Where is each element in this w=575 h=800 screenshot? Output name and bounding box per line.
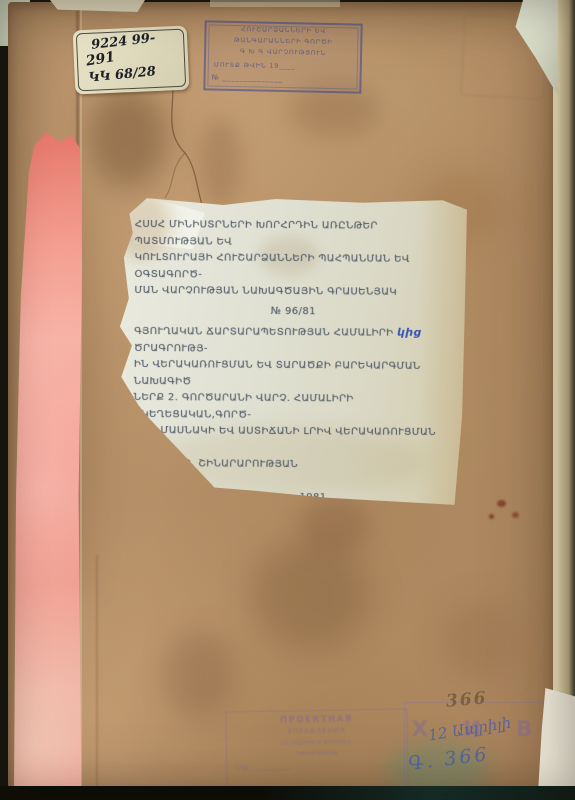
title-line3: ՄԱՆ ՎԱՐՉՈՒԹՅԱՆ ՆԱԽԱԳԾԱՅԻՆ ԳՐԱՍԵՆՅԱԿ [134, 283, 452, 302]
corner-label-line1: 9224 99- [91, 31, 156, 53]
project-stamp-line1: ПРОЕКТНАЯ [234, 714, 398, 727]
project-office-stamp: ПРОЕКТНАЯ УПРАВЛЕНИЯ по охране и использ… [225, 708, 408, 795]
title-line1: ՀՍՍՀ ՄԻՆԻՍՏՐՆԵՐԻ ԽՈՐՀՐԴԻՆ ԱՌԸՆԹԵՐ ՊԱՏՄՈՒ… [135, 217, 453, 252]
entry-stamp-line3: Գ Խ Գ ՎԱՐՉՈՒԹՅՈՒՆ [206, 46, 360, 58]
project-stamp-line4: памятников [235, 748, 399, 759]
project-stamp-line2: УПРАВЛЕНИЯ [235, 726, 399, 737]
title-line6: ՆԵՐՔ 2. ԳՈՐԾԱՐԱՆԻ ՎԱՐՉ. ՀԱՄԱԼԻՐԻ ԵԿԵՂԵՑԱ… [134, 390, 452, 425]
entry-stamp-line1: ՀՈՒՇԱՐՁԱՆՆԵՐԻ ԵՎ [206, 24, 360, 36]
handwritten-insert-word: կից [397, 326, 422, 339]
entry-stamp-line5: № ______________ [205, 73, 359, 85]
title-line4-post: ԾՐԱԳՐՈՒԹՅ- [134, 342, 208, 354]
scanned-folder-cover: 9224 99- 291 ԿԿ 68/28 ՀՈՒՇԱՐՁԱՆՆԵՐԻ ԵՎ Թ… [0, 0, 575, 800]
entry-stamp-line4: ՄՈՒՏՔ ԹՎԻՆ 19____ [206, 60, 360, 72]
crease [96, 555, 98, 791]
title-line5: ԻՆ ՎԵՐԱԿԱՌՈՒՑՄԱՆ ԵՎ ՏԱՐԱԾՔԻ ԲԱՐԵԿԱՐԳՄԱՆ … [134, 357, 452, 392]
title-line4-pre: ԳՅՈՒՂԱԿԱՆ ՃԱՐՏԱՐԱՊԵՏՈՒԹՅԱՆ ՀԱՄԱԼԻՐԻ [134, 326, 397, 339]
accession-number-pencil: 366 [445, 688, 488, 712]
entry-stamp: ՀՈՒՇԱՐՁԱՆՆԵՐԻ ԵՎ ԹԱՆԳԱՐԱՆՆԵՐԻ ԳՈՐԾԻ Գ Խ … [203, 20, 362, 93]
title-line4: ԳՅՈՒՂԱԿԱՆ ՃԱՐՏԱՐԱՊԵՏՈՒԹՅԱՆ ՀԱՄԱԼԻՐԻ կից … [134, 323, 452, 359]
spine-crease-highlight [80, 0, 82, 792]
document-number: № 96/81 [134, 302, 452, 321]
corner-label-line2: 291 [85, 49, 116, 70]
torn-paper-sliver [210, 0, 340, 7]
project-stamp-line5: Спр. ____________ [235, 761, 399, 772]
scanner-bed-strip [0, 786, 575, 800]
corner-index-label: 9224 99- 291 ԿԿ 68/28 [73, 26, 190, 95]
project-stamp-line3: по охране и использ. [235, 737, 399, 748]
title-line2: ԿՈՒԼՏՈՒՐԱՅԻ ՀՈՒՇԱՐՁԱՆՆԵՐԻ ՊԱՀՊԱՆՄԱՆ ԵՎ Օ… [134, 250, 452, 285]
entry-stamp-line2: ԹԱՆԳԱՐԱՆՆԵՐԻ ԳՈՐԾԻ [206, 35, 360, 47]
